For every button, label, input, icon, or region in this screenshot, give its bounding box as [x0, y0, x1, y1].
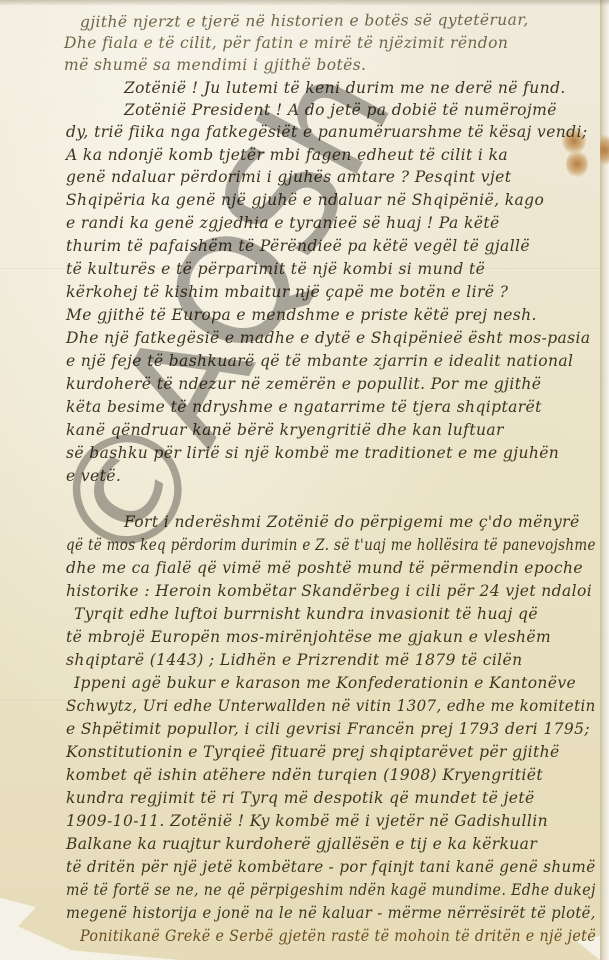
- text-line: të kulturës e të përparimit të një kombi…: [66, 259, 485, 279]
- text-line: kombet që ishin atëhere ndën turqien (19…: [66, 765, 543, 785]
- text-line: të dritën për një jetë kombëtare - por f…: [66, 857, 596, 877]
- text-line: Dhe një fatkegësië e madhe e dytë e Shqi…: [66, 328, 591, 348]
- text-line: Balkane ka ruajtur kurdoherë gjallësën e…: [66, 834, 537, 854]
- text-line: të mbrojë Europën mos-mirënjohtëse me gj…: [66, 627, 551, 647]
- text-line: dhe me ca fialë që vimë më poshtë mund t…: [66, 558, 583, 578]
- text-line: Tyrqit edhe luftoi burrnisht kundra inva…: [74, 604, 538, 624]
- text-line: Konstitutionin e Tyrqieë fituarë prej sh…: [66, 742, 560, 762]
- text-line: e një feje të bashkuarë që të mbante zja…: [66, 351, 573, 371]
- text-line: Ippeni agë bukur e karason me Konfederat…: [74, 673, 576, 693]
- text-line: 1909-10-11. Zotënië ! Ky kombë më i vjet…: [66, 811, 548, 831]
- text-line: e randi ka genë zgjedhia e tyranieë së h…: [66, 213, 500, 233]
- text-line: Schwytz, Uri edhe Unterwallden në vitin …: [66, 696, 596, 716]
- text-line: Fort i nderëshmi Zotënië do përpigemi me…: [124, 512, 580, 532]
- text-line: dy, trië fiika nga fatkegësiët e panumër…: [66, 122, 587, 142]
- text-line: gjithë njerzt e tjerë në historien e bot…: [80, 10, 529, 32]
- ink-stain: [600, 130, 609, 170]
- text-line: kërkohej të kishim mbaitur një çapë me b…: [66, 282, 508, 302]
- text-line: A ka ndonjë komb tjetër mbi fagen edheut…: [66, 145, 508, 165]
- text-line: kundra regjimit të ri Tyrq më despotik q…: [66, 788, 535, 808]
- text-line: Me gjithë të Europa e mendshme e priste …: [66, 305, 537, 325]
- text-line: shqiptarë (1443) ; Lidhën e Prizrendit m…: [66, 650, 522, 670]
- text-line: genë ndaluar përdorimi i gjuhës amtare ?…: [66, 167, 511, 187]
- text-line: Zotënië President ! A do jetë pa dobië t…: [124, 100, 557, 120]
- text-line: kanë qëndruar kanë bërë kryengritië dhe …: [66, 420, 504, 440]
- text-line: Ponitikanë Grekë e Serbë gjetën rastë të…: [80, 926, 596, 946]
- text-line: Zotënië ! Ju lutemi të keni durim me ne …: [124, 78, 566, 98]
- document-scan: gjithë njerzt e tjerë në historien e bot…: [0, 0, 609, 960]
- text-line: më shumë sa mendimi i gjithë botës.: [64, 55, 366, 75]
- text-line: e Shpëtimit popullor, i cili gevrisi Fra…: [66, 719, 590, 739]
- handwritten-text: gjithë njerzt e tjerë në historien e bot…: [0, 0, 600, 960]
- text-line: megenë historija e jonë na le në kaluar …: [66, 903, 596, 923]
- text-line: që të mos keq përdorim durimin e Z. së t…: [66, 535, 596, 555]
- text-line: më të fortë se ne, ne që përpigeshim ndë…: [66, 880, 596, 900]
- text-line: Shqipëria ka genë një gjuhë e ndaluar në…: [66, 190, 544, 210]
- text-line: historike : Heroin kombëtar Skandërbeg i…: [66, 581, 592, 601]
- text-line: thurim të pafaishëm të Përëndieë pa këtë…: [66, 236, 530, 256]
- text-line: e vetë.: [66, 466, 121, 486]
- text-line: së bashku për lirië si një kombë me trad…: [66, 443, 559, 463]
- text-line: kurdoherë të ndezur në zemërën e populli…: [66, 374, 541, 394]
- text-line: Dhe fiala e të cilit, për fatin e mirë t…: [64, 33, 508, 53]
- text-line: këta besime të ndryshme e ngatarrime të …: [66, 397, 542, 417]
